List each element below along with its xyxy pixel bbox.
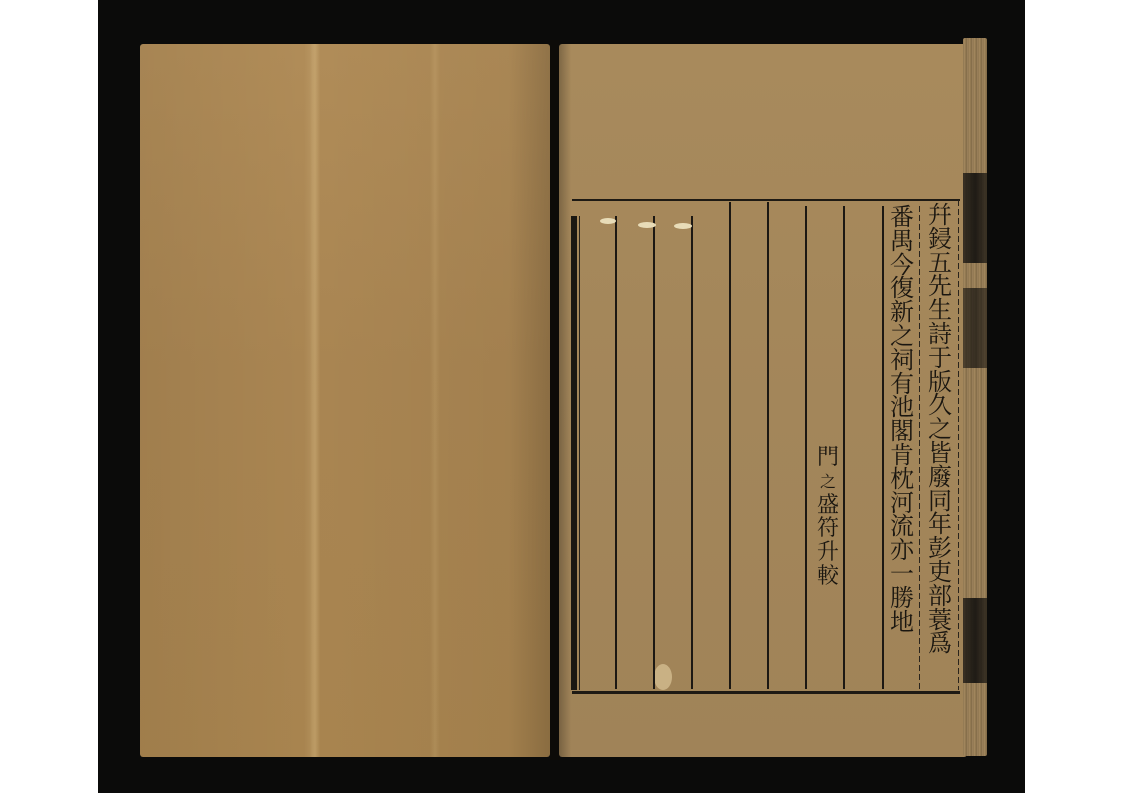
paper-wormhole — [638, 222, 656, 228]
paper-crease — [430, 44, 440, 757]
character: 祠 — [890, 349, 914, 373]
column-rule — [767, 202, 769, 689]
character: 盛 — [817, 494, 839, 518]
paper-wormhole — [674, 223, 692, 229]
character: 勝 — [890, 587, 914, 611]
character: 廢 — [928, 466, 952, 490]
character: 爲 — [928, 632, 952, 656]
character: 符 — [817, 517, 839, 541]
character: 門 — [817, 446, 839, 470]
ink-bleed-mark — [963, 288, 987, 368]
text-column-3: 門 之 盛 符 升 較 — [810, 446, 846, 589]
character: 地 — [890, 611, 914, 635]
frame-left-inner-line — [579, 216, 580, 690]
character: 升 — [817, 541, 839, 565]
column-rule — [805, 206, 807, 689]
text-column-2: 番 禺 今 復 新 之 祠 有 池 閣 肯 枕 河 流 亦 一 勝 地 — [884, 206, 920, 634]
column-rule — [729, 202, 731, 689]
character: 枕 — [890, 468, 914, 492]
column-rule — [615, 216, 617, 689]
frame-right-border — [958, 200, 959, 690]
text-column-1: 幷 鋟 五 先 生 詩 于 版 久 之 皆 廢 同 年 彭 吏 部 蓑 爲 — [922, 204, 958, 656]
character: 之 — [820, 470, 836, 494]
book-fore-edge — [963, 38, 987, 756]
column-rule — [691, 216, 693, 689]
frame-left-border — [571, 216, 577, 690]
column-rule — [653, 216, 655, 689]
character: 于 — [928, 347, 952, 371]
character: 較 — [817, 565, 839, 589]
ink-bleed-mark — [963, 598, 987, 683]
ink-bleed-mark — [963, 173, 987, 263]
left-page-blank — [140, 44, 550, 757]
character: 部 — [928, 585, 952, 609]
paper-wormhole — [600, 218, 616, 224]
paper-crease — [310, 44, 320, 757]
